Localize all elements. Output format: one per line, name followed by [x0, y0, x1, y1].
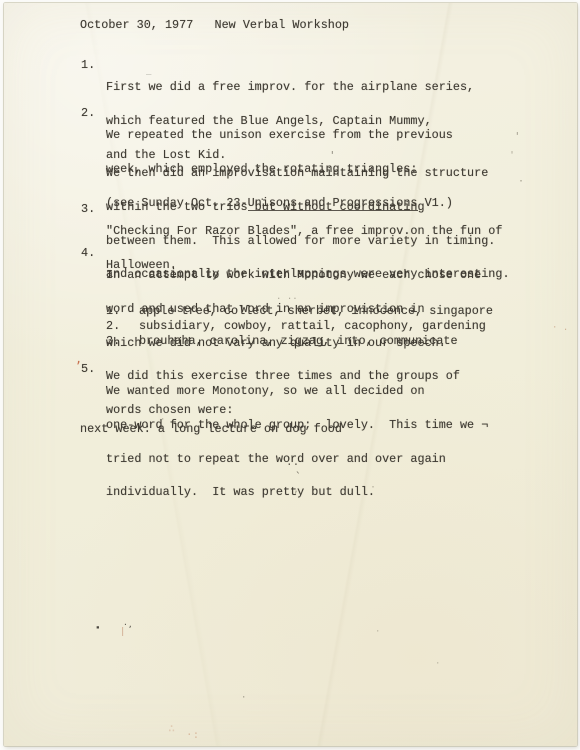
- footer-note: next week: a long lecture on dog food: [80, 424, 342, 435]
- sub-item-2-number: 2.: [106, 321, 120, 332]
- text-line: We wanted more Monotony, so we all decid…: [106, 386, 488, 397]
- item-4-number: 4.: [81, 248, 95, 259]
- text-line: First we did a free improv. for the airp…: [106, 82, 474, 93]
- sub-item-1-text: apple tree, collect, sherbet, innocence,…: [139, 306, 493, 317]
- item-5-number: 5.: [81, 364, 95, 375]
- item-5-body: We wanted more Monotony, so we all decid…: [106, 364, 488, 510]
- item-1-number: 1.: [81, 60, 95, 71]
- sub-item-3-number: 3.: [106, 336, 120, 347]
- sub-item-1-number: 1.: [106, 306, 120, 317]
- text-line: In an attempt to work with Monotony we e…: [106, 270, 481, 281]
- item-2-number: 2.: [81, 108, 95, 119]
- text-line: individually. It was pretty but dull.: [106, 487, 488, 498]
- text-line: We repeated the unison exercise from the…: [106, 130, 453, 141]
- item-3-number: 3.: [81, 204, 95, 215]
- sub-item-3-text: brouhaha, carolina, zigzag, into, commun…: [139, 336, 458, 347]
- text-line: tried not to repeat the word over and ov…: [106, 454, 488, 465]
- scanned-document: { "header": { "date_title_line": "Octobe…: [0, 0, 580, 750]
- sub-item-2-text: subsidiary, cowboy, rattail, cacophony, …: [139, 321, 486, 332]
- text-line: "Checking For Razor Blades", a free impr…: [106, 226, 502, 237]
- text-line: We then did an improvisation maintaining…: [106, 168, 510, 179]
- document-date-heading: October 30, 1977 New Verbal Workshop: [80, 20, 349, 31]
